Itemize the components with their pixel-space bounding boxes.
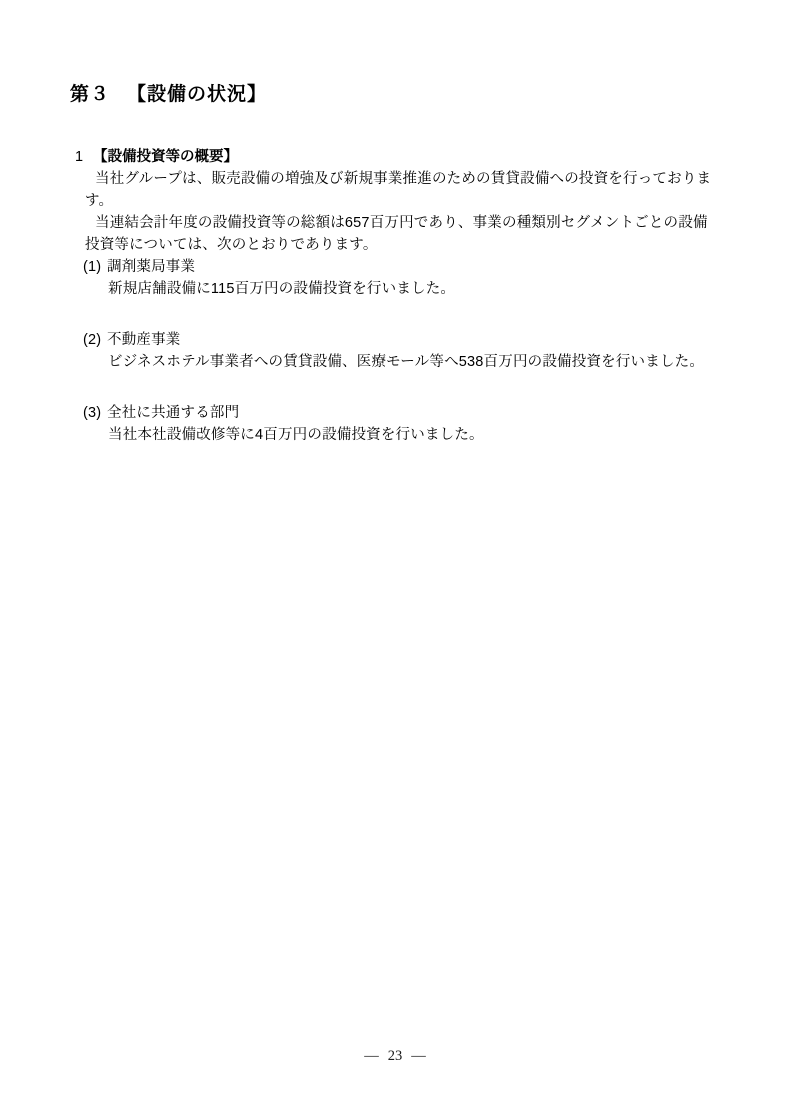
item-label: (3) bbox=[83, 402, 107, 424]
item-title: 不動産事業 bbox=[107, 332, 181, 348]
page-number: 23 bbox=[388, 1048, 403, 1064]
intro-paragraph-1: 当社グループは、販売設備の増強及び新規事業推進のための賃貸設備への投資を行ってお… bbox=[85, 168, 721, 212]
chapter-title: 【設備の状況】 bbox=[127, 84, 267, 105]
item-body: ビジネスホテル事業者への賃貸設備、医療モール等へ538百万円の設備投資を行いまし… bbox=[85, 351, 721, 373]
item-body: 当社本社設備改修等に4百万円の設備投資を行いました。 bbox=[85, 424, 721, 446]
chapter-number: 第３ bbox=[70, 84, 110, 105]
item-body: 新規店舗設備に115百万円の設備投資を行いました。 bbox=[85, 278, 721, 300]
item-heading: (2)不動産事業 bbox=[85, 329, 721, 351]
list-item: (2)不動産事業 ビジネスホテル事業者への賃貸設備、医療モール等へ538百万円の… bbox=[85, 329, 721, 373]
chapter-heading: 第３【設備の状況】 bbox=[70, 83, 267, 107]
item-label: (1) bbox=[83, 256, 107, 278]
list-item: (3)全社に共通する部門 当社本社設備改修等に4百万円の設備投資を行いました。 bbox=[85, 402, 721, 446]
item-title: 全社に共通する部門 bbox=[107, 405, 239, 421]
item-title: 調剤薬局事業 bbox=[107, 259, 195, 275]
section-number: 1 bbox=[75, 146, 93, 168]
item-heading: (3)全社に共通する部門 bbox=[85, 402, 721, 424]
intro-paragraph-2: 当連結会計年度の設備投資等の総額は657百万円であり、事業の種類別セグメントごと… bbox=[85, 212, 721, 256]
page-footer: —23— bbox=[0, 1048, 790, 1065]
footer-dash-right: — bbox=[411, 1048, 426, 1065]
document-page: 第３【設備の状況】 1【設備投資等の概要】 当社グループは、販売設備の増強及び新… bbox=[0, 0, 790, 1118]
section-heading: 1【設備投資等の概要】 bbox=[75, 146, 238, 168]
footer-dash-left: — bbox=[364, 1048, 379, 1065]
item-heading: (1)調剤薬局事業 bbox=[85, 256, 721, 278]
item-label: (2) bbox=[83, 329, 107, 351]
section-body: 当社グループは、販売設備の増強及び新規事業推進のための賃貸設備への投資を行ってお… bbox=[85, 168, 721, 446]
section-title: 【設備投資等の概要】 bbox=[93, 149, 238, 165]
list-item: (1)調剤薬局事業 新規店舗設備に115百万円の設備投資を行いました。 bbox=[85, 256, 721, 300]
